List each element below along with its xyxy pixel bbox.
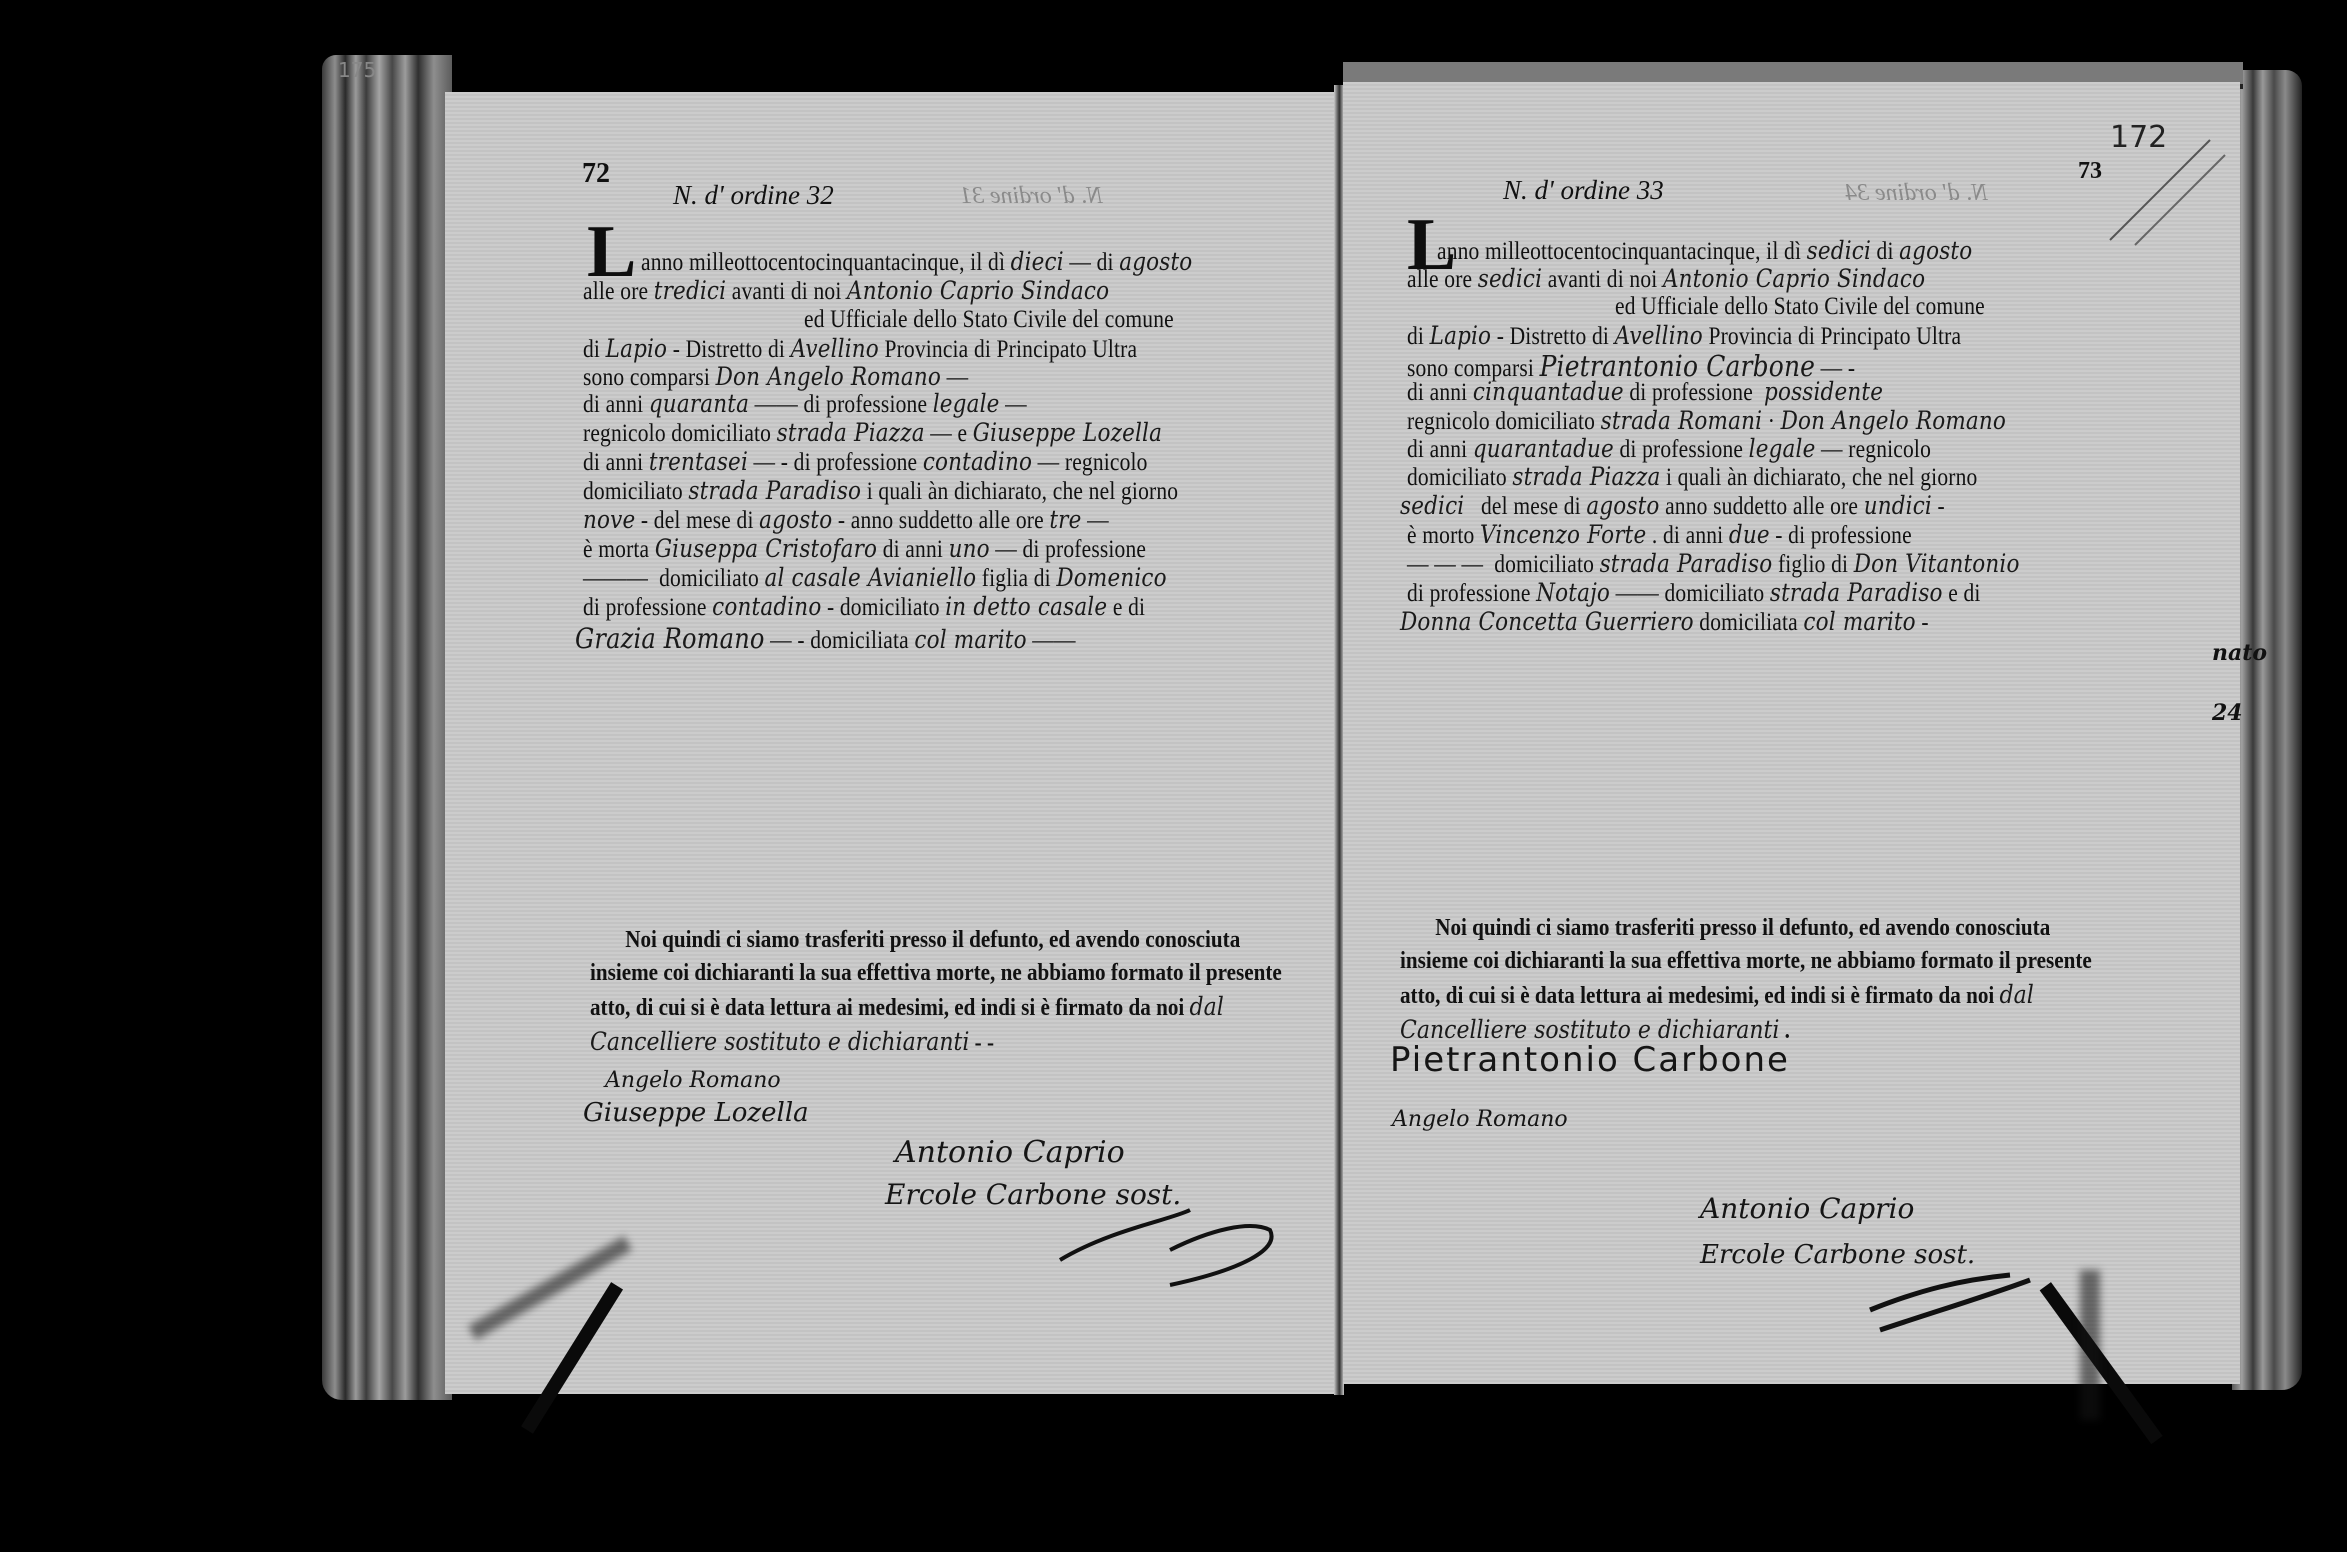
record-line: domiciliato strada Paradiso i quali àn d…	[583, 476, 1178, 506]
record-line: di professione contadino - domiciliato i…	[583, 592, 1145, 622]
record-line: ——— domiciliato al casale Avianiello fig…	[583, 563, 1167, 593]
record-line: anno milleottocentocinquantacinque, il d…	[1437, 236, 1972, 266]
record-line: Donna Concetta Guerriero domiciliata col…	[1400, 607, 1929, 637]
record-line: regnicolo domiciliato strada Piazza — e …	[583, 418, 1162, 448]
record-line: sedici del mese di agosto anno suddetto …	[1400, 491, 1945, 521]
record-line: alle ore sedici avanti di noi Antonio Ca…	[1407, 264, 1925, 294]
page-clip-right-shadow	[2080, 1270, 2100, 1420]
record-line: Grazia Romano — - domiciliata col marito…	[575, 622, 1076, 655]
folio-slash-marks	[2100, 130, 2230, 250]
bleed-through-ordine-left: N. d' ordine 31	[960, 183, 1103, 210]
record-line: di anni cinquantadue di professione poss…	[1407, 377, 1883, 407]
record-line: di anni quarantadue di professione legal…	[1407, 434, 1931, 464]
margin-note-nato: nato	[2212, 640, 2267, 666]
bleed-through-ordine-right: N. d' ordine 34	[1845, 180, 1988, 207]
record-line: di Lapio - Distretto di Avellino Provinc…	[1407, 321, 1961, 351]
signature-angelo-romano-right: Angelo Romano	[1392, 1107, 1568, 1132]
record-line: sono comparsi Don Angelo Romano —	[583, 362, 968, 392]
record-line: di anni trentasei — - di professione con…	[583, 447, 1148, 477]
record-line: di anni quaranta —— di professione legal…	[583, 389, 1027, 419]
record-line: ed Ufficiale dello Stato Civile del comu…	[804, 306, 1174, 334]
page-number-right: 73	[2078, 158, 2102, 185]
signature-flourish-right	[1860, 1250, 2040, 1340]
record-line: alle ore tredici avanti di noi Antonio C…	[583, 276, 1109, 306]
spine-label: 175	[338, 58, 376, 82]
record-line: di Lapio - Distretto di Avellino Provinc…	[583, 334, 1137, 364]
record-line: regnicolo domiciliato strada Romani · Do…	[1407, 406, 2006, 436]
signature-pietrantonio-carbone: Pietrantonio Carbone	[1390, 1040, 1790, 1080]
ordine-number-left: N. d' ordine 32	[673, 180, 834, 211]
signature-giuseppe-lozella: Giuseppe Lozella	[583, 1098, 809, 1128]
closing-paragraph-left: Noi quindi ci siamo trasferiti presso il…	[590, 924, 1303, 1060]
ordine-number-right: N. d' ordine 33	[1503, 175, 1664, 206]
left-page-stack-edge	[322, 55, 452, 1400]
signature-angelo-romano: Angelo Romano	[605, 1068, 781, 1093]
signature-antonio-caprio: Antonio Caprio	[895, 1135, 1125, 1170]
record-line: domiciliato strada Piazza i quali àn dic…	[1407, 462, 1977, 492]
closing-paragraph-right: Noi quindi ci siamo trasferiti presso il…	[1400, 912, 2104, 1048]
record-line: è morto Vincenzo Forte . di anni due - d…	[1407, 520, 1912, 550]
record-line: nove - del mese di agosto - anno suddett…	[583, 505, 1109, 535]
record-line: anno milleottocentocinquantacinque, il d…	[641, 247, 1192, 277]
record-line: — — — domiciliato strada Paradiso figlio…	[1407, 549, 2020, 579]
record-line: di professione Notajo —— domiciliato str…	[1407, 578, 1981, 608]
signature-antonio-caprio-right: Antonio Caprio	[1700, 1192, 1914, 1225]
page-number-left: 72	[582, 158, 610, 190]
margin-note-number: 24	[2212, 700, 2243, 726]
right-page-stack-edge	[2232, 70, 2302, 1390]
record-line: è morta Giuseppa Cristofaro di anni uno …	[583, 534, 1146, 564]
signature-flourish-left	[1050, 1190, 1290, 1290]
record-line: ed Ufficiale dello Stato Civile del comu…	[1615, 293, 1985, 321]
